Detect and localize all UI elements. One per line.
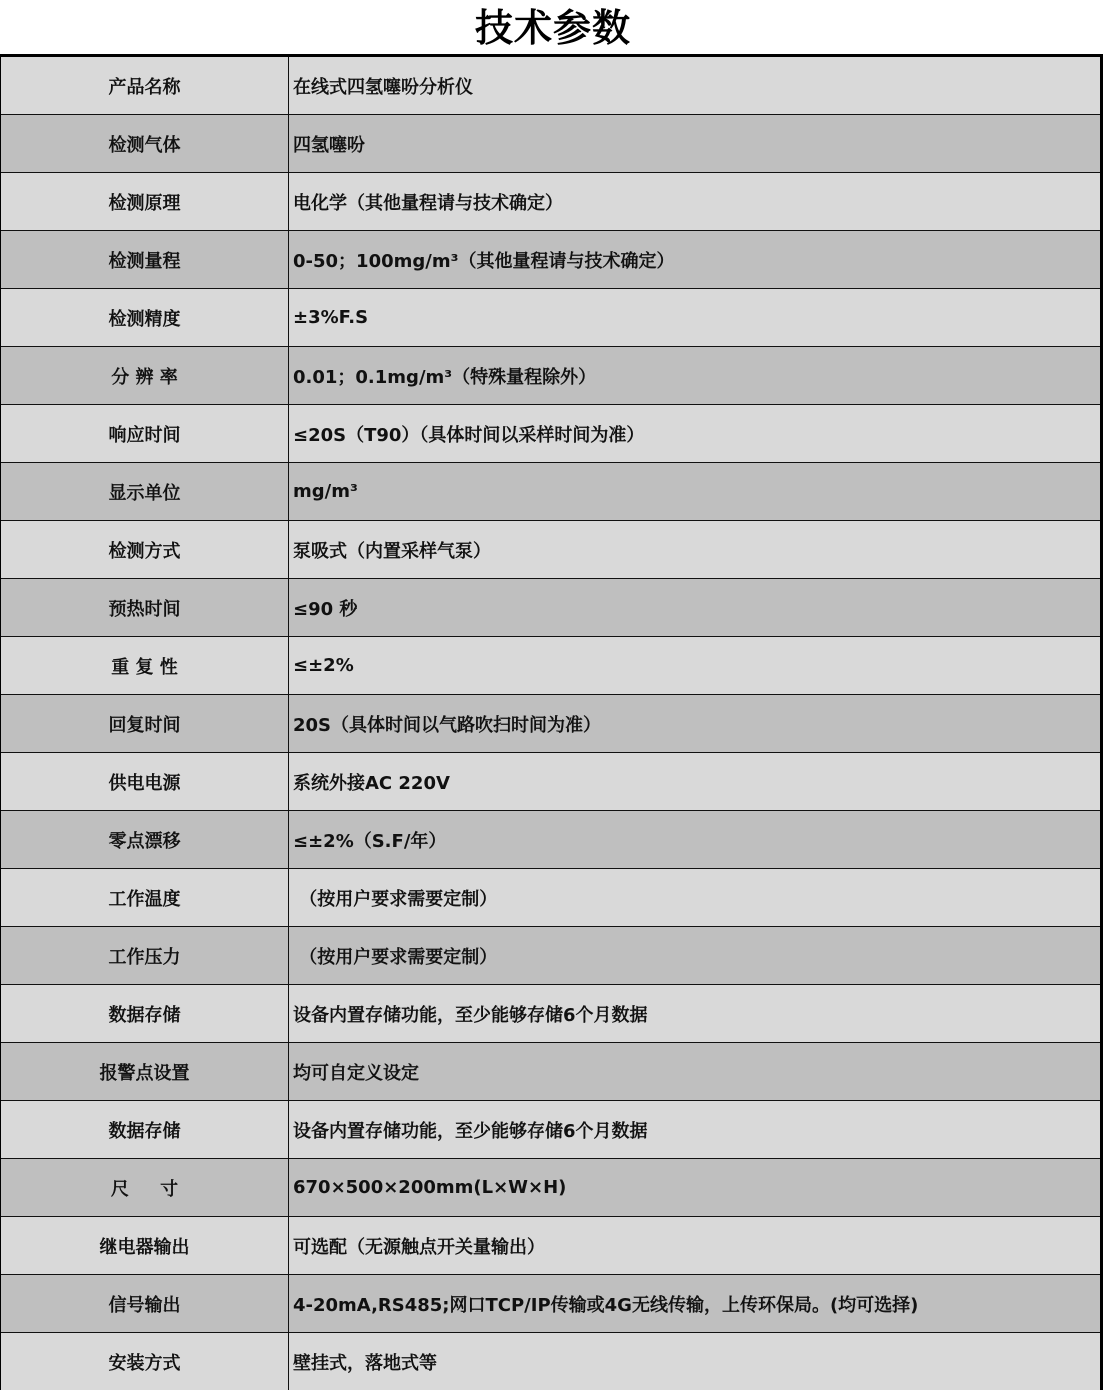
table-row: 继电器输出可选配（无源触点开关量输出）: [1, 1217, 1100, 1275]
spec-label: 预热时间: [1, 579, 289, 636]
spec-label: 检测气体: [1, 115, 289, 172]
table-row: 零点漂移≤±2%（S.F/年）: [1, 811, 1100, 869]
spec-value: 均可自定义设定: [289, 1043, 1100, 1100]
table-row: 信号输出4-20mA,RS485;网口TCP/IP传输或4G无线传输，上传环保局…: [1, 1275, 1100, 1333]
table-row: 检测气体四氢噻吩: [1, 115, 1100, 173]
spec-value: （按用户要求需要定制）: [289, 927, 1100, 984]
spec-value: 在线式四氢噻吩分析仪: [289, 57, 1100, 114]
table-row: 产品名称在线式四氢噻吩分析仪: [1, 57, 1100, 115]
spec-value: 670×500×200mm(L×W×H): [289, 1159, 1100, 1216]
table-row: 尺 寸670×500×200mm(L×W×H): [1, 1159, 1100, 1217]
spec-value: mg/m³: [289, 463, 1100, 520]
spec-label: 信号输出: [1, 1275, 289, 1332]
table-row: 显示单位mg/m³: [1, 463, 1100, 521]
table-row: 分 辨 率0.01；0.1mg/m³（特殊量程除外）: [1, 347, 1100, 405]
spec-value: ≤90 秒: [289, 579, 1100, 636]
spec-label: 检测方式: [1, 521, 289, 578]
spec-label: 响应时间: [1, 405, 289, 462]
table-row: 报警点设置均可自定义设定: [1, 1043, 1100, 1101]
spec-label: 产品名称: [1, 57, 289, 114]
spec-value: 设备内置存储功能，至少能够存储6个月数据: [289, 1101, 1100, 1158]
spec-label: 继电器输出: [1, 1217, 289, 1274]
spec-value: 泵吸式（内置采样气泵）: [289, 521, 1100, 578]
spec-label: 供电电源: [1, 753, 289, 810]
spec-value: 四氢噻吩: [289, 115, 1100, 172]
spec-value: ≤20S（T90）（具体时间以采样时间为准）: [289, 405, 1100, 462]
spec-label: 零点漂移: [1, 811, 289, 868]
spec-value: （按用户要求需要定制）: [289, 869, 1100, 926]
page-title: 技术参数: [0, 2, 1106, 54]
spec-label: 报警点设置: [1, 1043, 289, 1100]
spec-label: 安装方式: [1, 1333, 289, 1390]
spec-table: 产品名称在线式四氢噻吩分析仪 检测气体四氢噻吩 检测原理电化学（其他量程请与技术…: [0, 54, 1103, 1390]
table-row: 检测量程0-50；100mg/m³（其他量程请与技术确定）: [1, 231, 1100, 289]
spec-label: 分 辨 率: [1, 347, 289, 404]
spec-value: ≤±2%: [289, 637, 1100, 694]
table-row: 检测方式泵吸式（内置采样气泵）: [1, 521, 1100, 579]
table-row: 重 复 性≤±2%: [1, 637, 1100, 695]
table-row: 数据存储设备内置存储功能，至少能够存储6个月数据: [1, 985, 1100, 1043]
table-row: 检测精度±3%F.S: [1, 289, 1100, 347]
spec-label: 检测量程: [1, 231, 289, 288]
table-row: 供电电源系统外接AC 220V: [1, 753, 1100, 811]
spec-value: 壁挂式，落地式等: [289, 1333, 1100, 1390]
table-row: 检测原理电化学（其他量程请与技术确定）: [1, 173, 1100, 231]
table-row: 响应时间≤20S（T90）（具体时间以采样时间为准）: [1, 405, 1100, 463]
spec-value: 系统外接AC 220V: [289, 753, 1100, 810]
spec-value: 设备内置存储功能，至少能够存储6个月数据: [289, 985, 1100, 1042]
spec-value: 可选配（无源触点开关量输出）: [289, 1217, 1100, 1274]
spec-value: 4-20mA,RS485;网口TCP/IP传输或4G无线传输，上传环保局。(均可…: [289, 1275, 1100, 1332]
spec-value: 0.01；0.1mg/m³（特殊量程除外）: [289, 347, 1100, 404]
spec-label: 数据存储: [1, 1101, 289, 1158]
spec-value: 20S（具体时间以气路吹扫时间为准）: [289, 695, 1100, 752]
table-row: 回复时间20S（具体时间以气路吹扫时间为准）: [1, 695, 1100, 753]
spec-value: 电化学（其他量程请与技术确定）: [289, 173, 1100, 230]
spec-label: 工作温度: [1, 869, 289, 926]
spec-label: 重 复 性: [1, 637, 289, 694]
spec-label: 检测原理: [1, 173, 289, 230]
table-row: 数据存储设备内置存储功能，至少能够存储6个月数据: [1, 1101, 1100, 1159]
spec-label: 尺 寸: [1, 1159, 289, 1216]
table-row: 预热时间≤90 秒: [1, 579, 1100, 637]
spec-label: 工作压力: [1, 927, 289, 984]
spec-value: 0-50；100mg/m³（其他量程请与技术确定）: [289, 231, 1100, 288]
table-row: 安装方式壁挂式，落地式等: [1, 1333, 1100, 1390]
table-row: 工作压力 （按用户要求需要定制）: [1, 927, 1100, 985]
spec-value: ≤±2%（S.F/年）: [289, 811, 1100, 868]
spec-label: 数据存储: [1, 985, 289, 1042]
spec-label: 显示单位: [1, 463, 289, 520]
spec-value: ±3%F.S: [289, 289, 1100, 346]
table-row: 工作温度 （按用户要求需要定制）: [1, 869, 1100, 927]
spec-label: 回复时间: [1, 695, 289, 752]
spec-label: 检测精度: [1, 289, 289, 346]
